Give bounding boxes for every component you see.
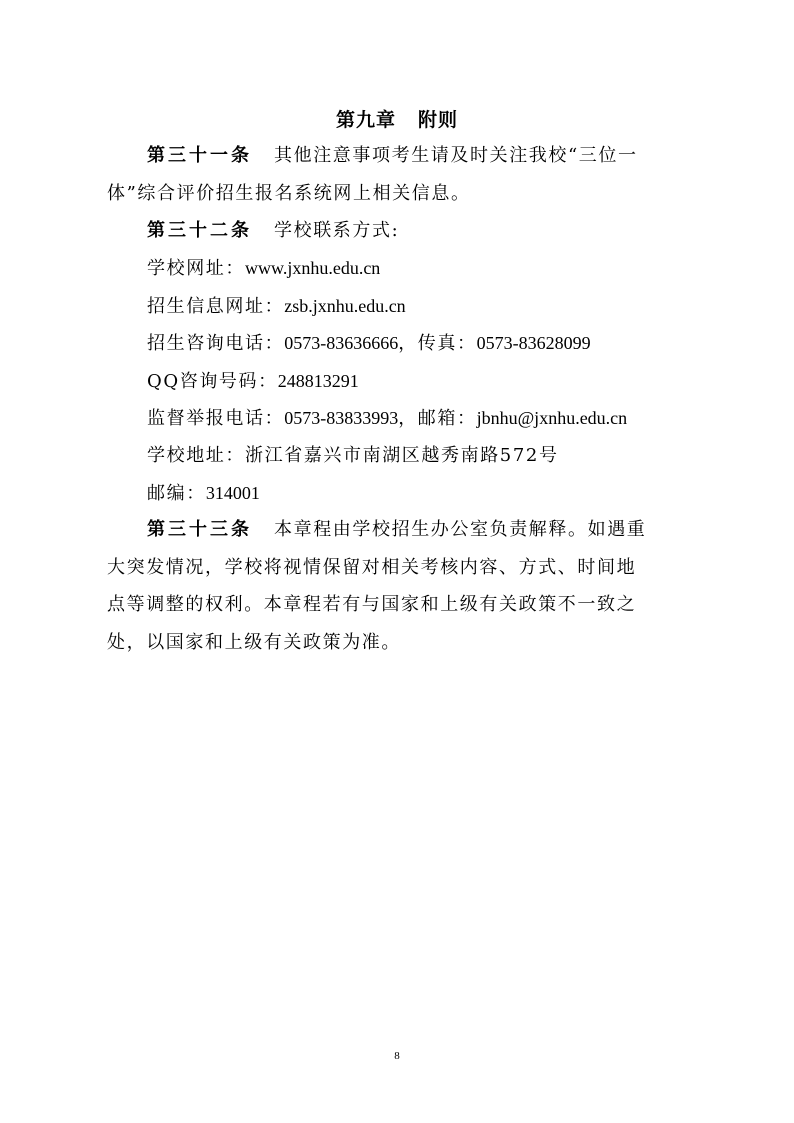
contact-website: 学校网址：www.jxnhu.edu.cn [147,255,727,282]
contact-supervision: 监督举报电话：0573-83833993，邮箱：jbnhu@jxnhu.edu.… [147,405,727,432]
article-32-label: 第三十二条 [147,220,252,241]
contact-label: 学校地址： [147,445,245,466]
article-31-text: 其他注意事项考生请及时关注我校“三位一 [274,145,638,166]
page-number: 8 [0,1050,794,1062]
article-31-label: 第三十一条 [147,145,252,166]
article-33-line-1: 第三十三条本章程由学校招生办公室负责解释。如遇重 [147,517,727,543]
contact-label: 招生咨询电话： [147,333,284,354]
chapter-number: 第九章 [336,109,396,131]
contact-postcode: 邮编：314001 [147,480,727,507]
chapter-title: 第九章附则 [0,107,794,133]
contact-label: 监督举报电话： [147,408,284,429]
document-page: 第九章附则 第三十一条其他注意事项考生请及时关注我校“三位一 体”综合评价招生报… [0,0,794,1123]
article-33-line-3: 点等调整的权利。本章程若有与国家和上级有关政策不一致之 [107,592,687,618]
contact-address: 学校地址：浙江省嘉兴市南湖区越秀南路572号 [147,443,727,469]
contact-label: 招生信息网址： [147,296,284,317]
fax-label: ，传真： [398,333,476,354]
contact-label: QQ咨询号码： [147,371,278,392]
article-32-text: 学校联系方式: [274,220,399,241]
contact-qq: QQ咨询号码：248813291 [147,368,727,395]
article-32-line: 第三十二条学校联系方式: [147,218,727,244]
email-label: ，邮箱： [398,408,476,429]
chapter-name: 附则 [418,109,458,131]
article-33-text: 本章程由学校招生办公室负责解释。如遇重 [274,519,646,540]
contact-label: 学校网址： [147,258,245,279]
email-address: jbnhu@jxnhu.edu.cn [477,408,628,428]
article-33-line-4: 处，以国家和上级有关政策为准。 [107,630,687,656]
fax-number: 0573-83628099 [477,333,591,353]
article-33-line-2: 大突发情况，学校将视情保留对相关考核内容、方式、时间地 [107,555,687,581]
contact-label: 邮编： [147,483,206,504]
qq-number: 248813291 [278,371,359,391]
website-url: www.jxnhu.edu.cn [245,258,380,278]
article-33-label: 第三十三条 [147,519,252,540]
supervision-phone: 0573-83833993 [284,408,398,428]
article-31-line-2: 体”综合评价招生报名系统网上相关信息。 [107,181,687,207]
contact-phone-fax: 招生咨询电话：0573-83636666，传真：0573-83628099 [147,330,727,357]
contact-admissions-site: 招生信息网址：zsb.jxnhu.edu.cn [147,293,727,320]
admissions-url: zsb.jxnhu.edu.cn [284,296,405,316]
phone-number: 0573-83636666 [284,333,398,353]
article-31-line-1: 第三十一条其他注意事项考生请及时关注我校“三位一 [147,143,727,169]
postcode-value: 314001 [206,483,260,503]
address-value: 浙江省嘉兴市南湖区越秀南路572号 [245,445,559,466]
